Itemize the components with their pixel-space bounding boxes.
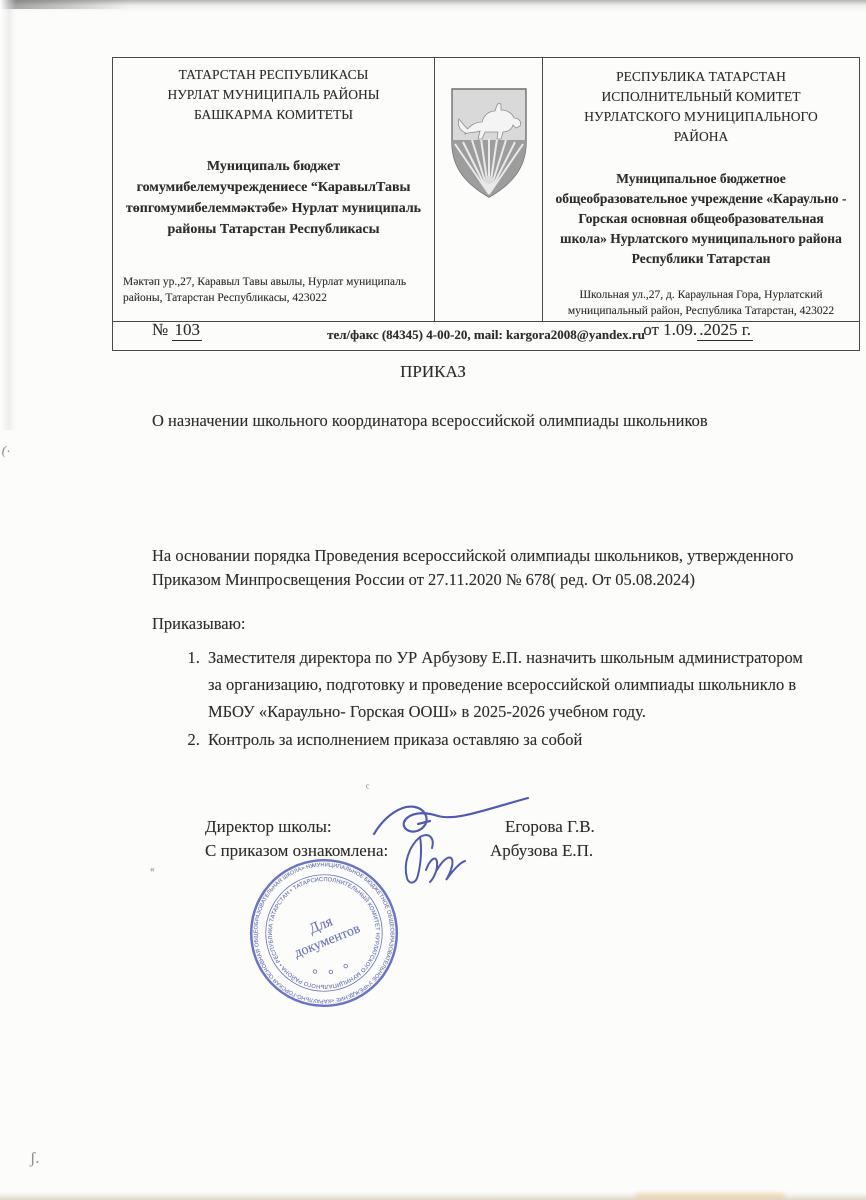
org-line: ИСПОЛНИТЕЛЬНЫЙ КОМИТЕТ bbox=[555, 87, 847, 107]
org-line: НУРЛАТ МУНИЦИПАЛЬ РАЙОНЫ bbox=[123, 85, 424, 105]
coat-of-arms-icon bbox=[445, 84, 533, 204]
document-date: от 1.09..2025 г. bbox=[643, 320, 753, 340]
document-meta-row: № 103 от 1.09..2025 г. bbox=[152, 320, 753, 340]
org-line: РЕСПУБЛИКА ТАТАРСТАН bbox=[555, 67, 847, 87]
pencil-smudge: ʃ. bbox=[30, 1150, 39, 1168]
letterhead-columns: ТАТАРСТАН РЕСПУБЛИКАСЫ НУРЛАТ МУНИЦИПАЛЬ… bbox=[113, 58, 859, 321]
date-value: .2025 г. bbox=[697, 320, 753, 341]
date-prefix: от 1.09. bbox=[643, 320, 697, 339]
directive-word: Приказываю: bbox=[152, 614, 246, 634]
institution-name-tatar: Муниципаль бюджет гомумибелемучреждениес… bbox=[123, 156, 424, 240]
round-stamp: МУНИЦИПАЛЬНОЕ БЮДЖЕТНОЕ ОБЩЕОБРАЗОВАТЕЛЬ… bbox=[246, 855, 402, 1011]
signature-label-director: Директор школы: bbox=[205, 817, 332, 837]
order-item-text: Заместителя директора по УР Арбузову Е.П… bbox=[208, 648, 803, 721]
handwritten-signature-arbuzova bbox=[397, 825, 475, 891]
order-item: Контроль за исполнением приказа оставляю… bbox=[204, 726, 816, 753]
document-number: № 103 bbox=[152, 320, 202, 340]
document-title: ПРИКАЗ bbox=[112, 362, 754, 382]
order-item: Заместителя директора по УР Арбузову Е.П… bbox=[204, 644, 816, 725]
institution-name-russian: Муниципальное бюджетное общеобразователь… bbox=[555, 169, 847, 269]
org-line: НУРЛАТСКОГО МУНИЦИПАЛЬНОГО bbox=[555, 107, 847, 127]
order-items: Заместителя директора по УР Арбузову Е.П… bbox=[168, 644, 816, 754]
scan-edge-left bbox=[0, 0, 16, 430]
scanned-order-document: ТАТАРСТАН РЕСПУБЛИКАСЫ НУРЛАТ МУНИЦИПАЛЬ… bbox=[0, 0, 866, 1200]
address-russian: Школьная ул.,27, д. Караульная Гора, Нур… bbox=[555, 287, 847, 319]
org-name-russian: РЕСПУБЛИКА ТАТАРСТАН ИСПОЛНИТЕЛЬНЫЙ КОМИ… bbox=[555, 67, 847, 147]
basis-paragraph: На основании порядка Проведения всеросси… bbox=[152, 544, 807, 592]
letterhead-right-russian: РЕСПУБЛИКА ТАТАРСТАН ИСПОЛНИТЕЛЬНЫЙ КОМИ… bbox=[543, 58, 859, 321]
subject-line: О назначении школьного координатора всер… bbox=[152, 409, 812, 433]
org-line: РАЙОНА bbox=[555, 127, 847, 147]
scan-edge-bottom-tint bbox=[635, 1193, 785, 1199]
org-line: БАШКАРМА КОМИТЕТЫ bbox=[123, 105, 424, 125]
org-line: ТАТАРСТАН РЕСПУБЛИКАСЫ bbox=[123, 65, 424, 85]
number-value: 103 bbox=[172, 320, 202, 341]
letterhead-emblem-cell bbox=[435, 58, 543, 321]
number-label: № bbox=[152, 320, 168, 339]
letterhead: ТАТАРСТАН РЕСПУБЛИКАСЫ НУРЛАТ МУНИЦИПАЛЬ… bbox=[112, 57, 860, 351]
scan-edge-top-corner bbox=[0, 0, 130, 9]
pencil-smudge: « bbox=[150, 864, 155, 874]
pencil-smudge: (· bbox=[0, 442, 12, 459]
letterhead-left-tatar: ТАТАРСТАН РЕСПУБЛИКАСЫ НУРЛАТ МУНИЦИПАЛЬ… bbox=[113, 58, 435, 321]
org-name-tatar: ТАТАРСТАН РЕСПУБЛИКАСЫ НУРЛАТ МУНИЦИПАЛЬ… bbox=[123, 65, 424, 125]
order-item-text: Контроль за исполнением приказа оставляю… bbox=[208, 730, 582, 749]
address-tatar: Мәктәп ур.,27, Каравыл Тавы авылы, Нурла… bbox=[123, 274, 424, 306]
pencil-smudge: ᶜ bbox=[366, 780, 369, 796]
